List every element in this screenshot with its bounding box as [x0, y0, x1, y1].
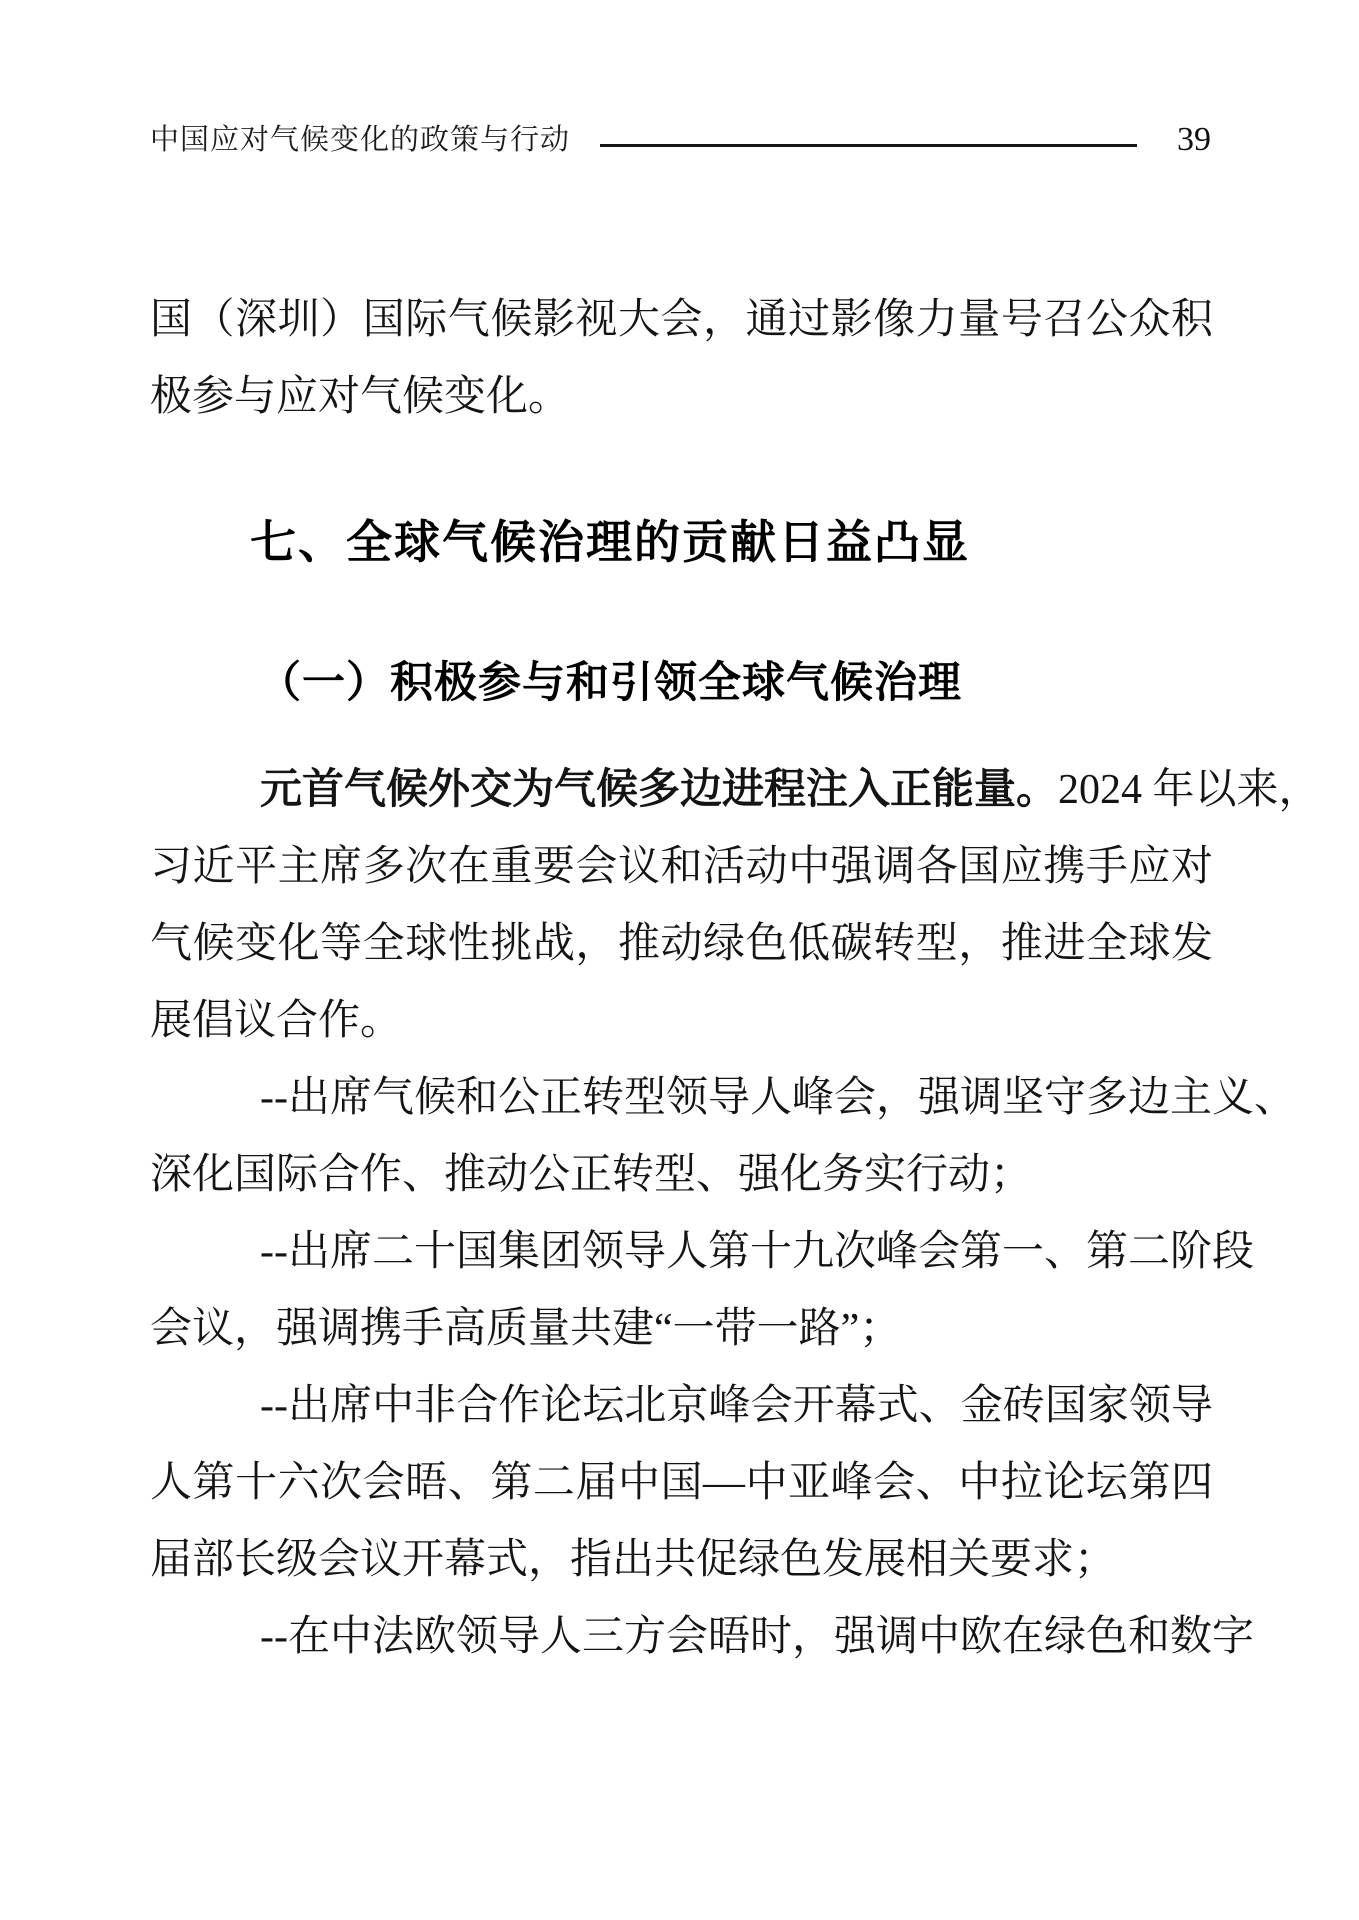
- paragraph-line: 气候变化等全球性挑战，推动绿色低碳转型，推进全球发: [150, 906, 1213, 983]
- subsection-heading: （一）积极参与和引领全球气候治理: [258, 641, 1213, 727]
- page-number: 39: [1177, 120, 1211, 160]
- paragraph-line: 届部长级会议开幕式，指出共促绿色发展相关要求；: [150, 1522, 1213, 1599]
- paragraph-line: --在中法欧领导人三方会晤时，强调中欧在绿色和数字: [150, 1599, 1213, 1676]
- paragraph-line: --出席气候和公正转型领导人峰会，强调坚守多边主义、: [150, 1060, 1213, 1137]
- book-title: 中国应对气候变化的政策与行动: [150, 120, 570, 160]
- paragraph-line: 国（深圳）国际气候影视大会，通过影像力量号召公众积: [150, 282, 1213, 359]
- paragraph-line: 展倡议合作。: [150, 983, 1213, 1060]
- running-header: 中国应对气候变化的政策与行动 39: [150, 120, 1211, 160]
- paragraph-line: 会议，强调携手高质量共建“一带一路”；: [150, 1291, 1213, 1368]
- paragraph-line: --出席中非合作论坛北京峰会开幕式、金砖国家领导: [150, 1368, 1213, 1445]
- section-heading: 七、全球气候治理的贡献日益凸显: [250, 496, 1213, 588]
- paragraph-line: 极参与应对气候变化。: [150, 359, 1213, 436]
- paragraph-line: 习近平主席多次在重要会议和活动中强调各国应携手应对: [150, 829, 1213, 906]
- paragraph-line: --出席二十国集团领导人第十九次峰会第一、第二阶段: [150, 1214, 1213, 1291]
- paragraph-line: 元首气候外交为气候多边进程注入正能量。2024 年以来，: [150, 752, 1213, 829]
- lead-rest-text: 2024 年以来，: [1058, 767, 1321, 813]
- bold-lead-phrase: 元首气候外交为气候多边进程注入正能量。: [260, 767, 1058, 813]
- paragraph-line: 深化国际合作、推动公正转型、强化务实行动；: [150, 1137, 1213, 1214]
- page-content: 国（深圳）国际气候影视大会，通过影像力量号召公众积 极参与应对气候变化。 七、全…: [150, 282, 1213, 1676]
- document-page: 中国应对气候变化的政策与行动 39 国（深圳）国际气候影视大会，通过影像力量号召…: [0, 0, 1359, 1920]
- header-rule-divider: [600, 144, 1137, 147]
- paragraph-line: 人第十六次会晤、第二届中国—中亚峰会、中拉论坛第四: [150, 1445, 1213, 1522]
